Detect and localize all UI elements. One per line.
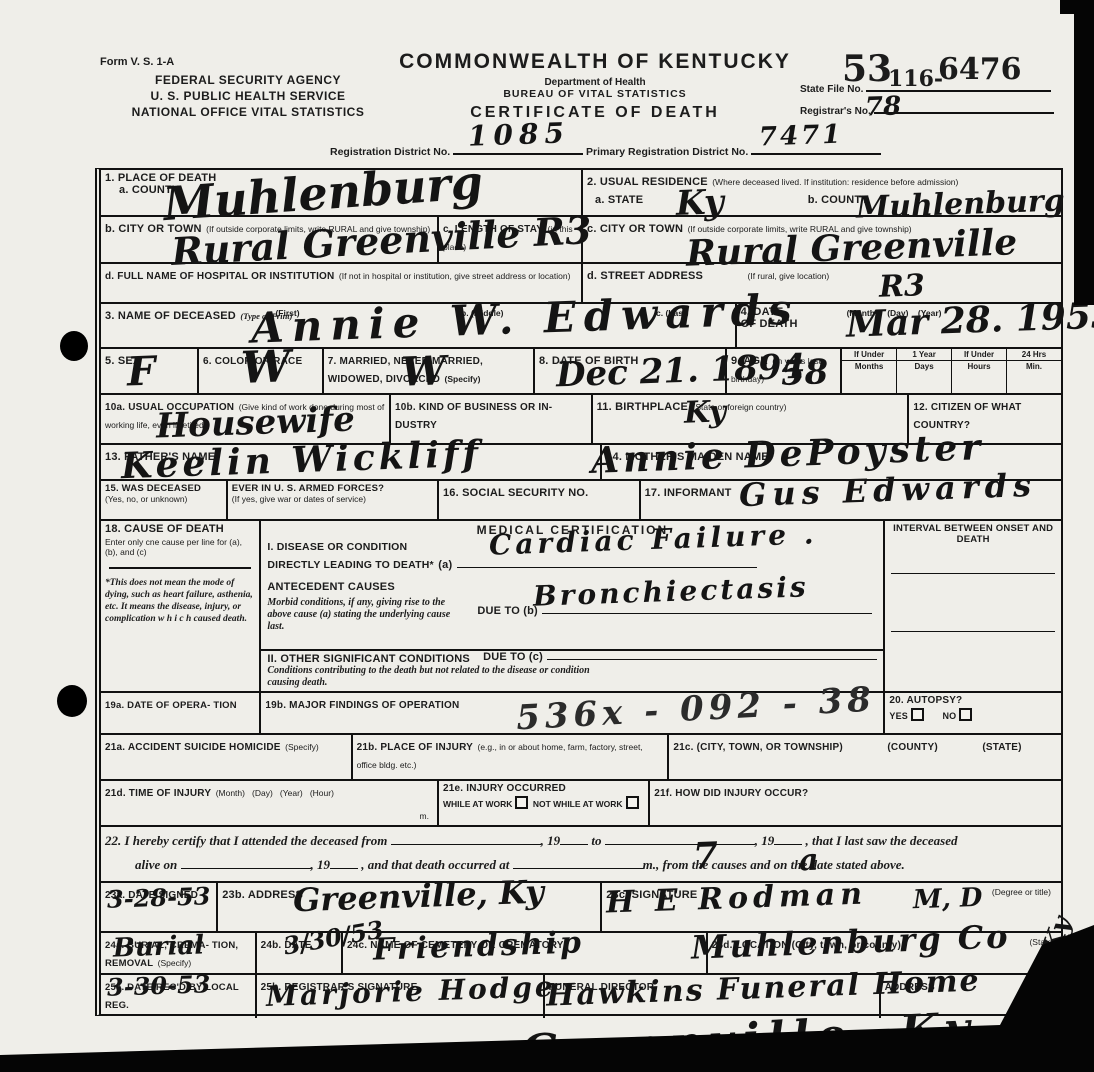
disease-line-1: I. DISEASE OR CONDITION: [267, 541, 407, 553]
burial-date-label: 24b. DATE: [261, 940, 312, 951]
funeral-director-label: FUNERAL DIRECTOR: [549, 982, 655, 993]
autopsy-yes-label: YES: [889, 711, 908, 721]
birthplace-note: (State or foreign country): [692, 402, 786, 412]
marital-note: (Specify): [445, 374, 481, 384]
other-conditions-note: Conditions contributing to the death but…: [267, 665, 597, 689]
agency-line-1: FEDERAL SECURITY AGENCY: [103, 72, 393, 88]
registrar-signature-label: 25b. REGISTRAR'S SIGNATURE: [261, 982, 418, 993]
autopsy-no-checkbox: [959, 708, 972, 721]
informant-label: 17. INFORMANT: [645, 487, 732, 499]
forces-label-2: EVER IN U. S. ARMED FORCES?: [232, 483, 433, 494]
antecedent-title: ANTECEDENT CAUSES: [267, 581, 877, 593]
time-of-injury-cols: (Month) (Day) (Year) (Hour): [216, 788, 334, 798]
burial-note: (Specify): [158, 958, 192, 968]
grid-if-under-2: If Under: [952, 349, 1006, 361]
dod-columns: (Month) (Day) (Year): [847, 308, 942, 318]
residence-city-label: c. CITY OR TOWN: [587, 223, 683, 235]
certify-no: 22.: [105, 833, 121, 848]
mother-label: 14. MOTHER'S MAIDEN NAME: [606, 451, 769, 463]
degree-label: (Degree or title): [992, 887, 1051, 897]
operation-date-label: 19a. DATE OF OPERA- TION: [105, 700, 237, 711]
occupation-label: 10a. USUAL OCCUPATION: [105, 402, 234, 413]
accident-label: 21a. ACCIDENT SUICIDE HOMICIDE: [105, 742, 281, 753]
primary-district-value: 7471: [759, 122, 844, 151]
age-under-grid: If UnderMonths 1 YearDays If UnderHours …: [842, 349, 1061, 393]
residence-title: 2. USUAL RESIDENCE: [587, 176, 708, 188]
cause-footnote: *This does not mean the mode of dying, s…: [105, 577, 255, 625]
reg-district-value: 1085: [468, 119, 571, 151]
place-city-label: b. CITY OR TOWN: [105, 223, 202, 235]
date-signed-label: 23a. DATE SIGNED: [105, 890, 198, 901]
row-signed: 23a. DATE SIGNED 23b. ADDRESS 23c. SIGNA…: [101, 881, 1061, 931]
date-recd-label: 25a. DATE REC'D BY LOCAL REG.: [105, 982, 239, 1011]
grid-if-under-1: If Under: [842, 349, 896, 361]
injury-occurred-label: 21e. INJURY OCCURRED: [443, 783, 644, 794]
disease-a: (a): [438, 559, 452, 571]
row-forces-informant: 15. WAS DECEASED (Yes, no, or unknown) E…: [101, 479, 1061, 519]
row-place-residence: 1. PLACE OF DEATH a. COUNTY b. CITY OR T…: [101, 170, 1061, 302]
name-last-label: c. (Last): [656, 308, 689, 318]
birthplace-label: 11. BIRTHPLACE: [597, 401, 688, 413]
burial-location-label: 24d. LOCATION (City, town, or county): [712, 940, 901, 951]
due-to-c-label: DUE TO (c): [483, 651, 543, 663]
not-while-at-work-checkbox: [626, 796, 639, 809]
autopsy-no-label: NO: [942, 711, 956, 721]
race-label: 6. COLOR OR RACE: [203, 356, 302, 367]
place-of-injury-label: 21b. PLACE OF INJURY: [357, 742, 473, 753]
autopsy-label: 20. AUTOPSY?: [889, 695, 1057, 706]
certify-p2: , 19: [541, 833, 561, 848]
name-first-label: a. (First): [266, 308, 300, 318]
row-injury-1: 21a. ACCIDENT SUICIDE HOMICIDE (Specify)…: [101, 733, 1061, 779]
grid-1-year: 1 Year: [897, 349, 951, 361]
form-number: Form V. S. 1-A: [100, 56, 174, 68]
street-address-label: d. STREET ADDRESS: [587, 270, 703, 282]
row-injury-2: 21d. TIME OF INJURY (Month) (Day) (Year)…: [101, 779, 1061, 825]
cause-label: 18. CAUSE OF DEATH: [105, 523, 255, 535]
dept-of-health: Department of Health: [395, 77, 795, 88]
row-certify: 22. I hereby certify that I attended the…: [101, 825, 1061, 881]
certify-p3: to: [591, 833, 601, 848]
dob-label: 8. DATE OF BIRTH: [539, 355, 639, 367]
certify-p1: I hereby certify that I attended the dec…: [125, 833, 388, 848]
dod-label: 4. DATE OF DEATH: [741, 306, 799, 330]
grid-days: Days: [897, 361, 951, 372]
agency-line-2: U. S. PUBLIC HEALTH SERVICE: [103, 88, 393, 104]
interval-label: INTERVAL BETWEEN ONSET AND DEATH: [889, 523, 1057, 545]
morbid-note: Morbid conditions, if any, giving rise t…: [267, 597, 467, 633]
state-file-row: State File No.: [800, 80, 1065, 95]
forces-note-1: (Yes, no, or unknown): [105, 494, 222, 504]
punch-hole-bottom: [57, 685, 87, 717]
address-23b-label: 23b. ADDRESS: [222, 889, 303, 901]
certify-p5: , that I last saw the deceased: [805, 833, 957, 848]
hospital-note: (If not in hospital or institution, give…: [339, 271, 571, 281]
agency-line-3: NATIONAL OFFICE VITAL STATISTICS: [103, 104, 393, 120]
father-label: 13. FATHER'S NAME: [105, 451, 215, 463]
name-middle-label: b. (Middle): [461, 308, 504, 318]
interval-col: INTERVAL BETWEEN ONSET AND DEATH: [883, 521, 1061, 691]
certify-p7: , 19: [311, 857, 331, 872]
row-received: 25a. DATE REC'D BY LOCAL REG. 25b. REGIS…: [101, 973, 1061, 1018]
certify-p4: , 19: [755, 833, 775, 848]
disease-line-2: DIRECTLY LEADING TO DEATH*: [267, 559, 433, 571]
row-parents: 13. FATHER'S NAME 14. MOTHER'S MAIDEN NA…: [101, 443, 1061, 479]
residence-city-note: (If outside corporate limits, write RURA…: [688, 224, 912, 234]
scan-edge-artifact: [1074, 0, 1094, 305]
certify-p8: , and that death occurred at: [361, 857, 509, 872]
row-sex-age: 5. SEX 6. COLOR OR RACE 7. MARRIED, NEVE…: [101, 347, 1061, 393]
length-of-stay-label: c. LENGTH OF STAY: [443, 224, 543, 235]
certify-p10: from the causes and on the date stated a…: [662, 857, 904, 872]
grid-24-hrs: 24 Hrs: [1007, 349, 1061, 361]
medical-cert-title: MEDICAL CERTIFICATION: [267, 523, 877, 537]
cause-note: Enter only cne cause per line for (a), (…: [105, 537, 255, 557]
medical-cert-col: MEDICAL CERTIFICATION I. DISEASE OR COND…: [259, 521, 883, 691]
certificate-table: 1. PLACE OF DEATH a. COUNTY b. CITY OR T…: [95, 168, 1063, 1016]
forces-note-2: (If yes, give war or dates of service): [232, 494, 433, 504]
forces-label-1: 15. WAS DECEASED: [105, 483, 222, 494]
commonwealth-title: COMMONWEALTH OF KENTUCKY: [395, 50, 795, 74]
row-operation: 19a. DATE OF OPERA- TION 19b. MAJOR FIND…: [101, 691, 1061, 733]
cause-left-col: 18. CAUSE OF DEATH Enter only cne cause …: [101, 521, 259, 691]
place-title: 1. PLACE OF DEATH: [105, 172, 577, 184]
operation-findings-label: 19b. MAJOR FINDINGS OF OPERATION: [265, 700, 459, 711]
row-occupation: 10a. USUAL OCCUPATION (Give kind of work…: [101, 393, 1061, 443]
while-at-work-label: WHILE AT WORK: [443, 799, 512, 809]
residence-county-label: b. COUNTY: [808, 194, 869, 206]
registrar-number: 78: [865, 93, 902, 120]
row-cause-of-death: 18. CAUSE OF DEATH Enter only cne cause …: [101, 519, 1061, 691]
primary-district-label: Primary Registration District No.: [586, 146, 748, 158]
place-county-label: a. COUNTY: [119, 184, 577, 196]
sex-label: 5. SEX: [105, 355, 140, 367]
place-of-death-section: 1. PLACE OF DEATH a. COUNTY b. CITY OR T…: [101, 170, 581, 302]
certificate-title: CERTIFICATE OF DEATH: [395, 104, 795, 122]
cemetery-label: 24c. NAME OF CEMETERY OR CREMATORY: [347, 940, 564, 951]
registrar-row: Registrar's No. 78: [800, 102, 1065, 117]
injury-state-label: (STATE): [982, 742, 1021, 753]
name-label: 3. NAME OF DECEASED: [105, 310, 236, 322]
industry-label: 10b. KIND OF BUSINESS OR IN- DUSTRY: [395, 402, 552, 431]
injury-city-label: 21c. (CITY, TOWN, OR TOWNSHIP): [673, 742, 843, 753]
reg-district-label: Registration District No.: [330, 146, 450, 158]
punch-hole-top: [60, 331, 88, 361]
district-line: Registration District No. 1085 Primary R…: [330, 143, 881, 158]
place-city-note: (If outside corporate limits, write RURA…: [206, 224, 430, 234]
how-injury-label: 21f. HOW DID INJURY OCCUR?: [654, 788, 808, 799]
accident-note: (Specify): [285, 742, 319, 752]
residence-title-note: (Where deceased lived. If institution: r…: [712, 177, 958, 187]
signature-label: 23c. SIGNATURE: [606, 889, 697, 901]
age-label: 9. AGE: [731, 355, 768, 367]
while-at-work-checkbox: [515, 796, 528, 809]
certify-p9: m.,: [643, 857, 660, 872]
citizen-label: 12. CITIZEN OF WHAT COUNTRY?: [913, 402, 1021, 431]
grid-months: Months: [842, 361, 896, 372]
residence-state-label: a. STATE: [595, 194, 643, 206]
registrar-label: Registrar's No.: [800, 106, 871, 117]
grid-hours: Hours: [952, 361, 1006, 372]
state-file-label: State File No.: [800, 84, 863, 95]
hospital-label: d. FULL NAME OF HOSPITAL OR INSTITUTION: [105, 271, 334, 282]
autopsy-yes-checkbox: [911, 708, 924, 721]
death-certificate-scan: Form V. S. 1-A FEDERAL SECURITY AGENCY U…: [0, 0, 1094, 1072]
bureau-line: BUREAU OF VITAL STATISTICS: [395, 88, 795, 100]
certify-p6: alive on: [135, 857, 177, 872]
ssn-label: 16. SOCIAL SECURITY NO.: [443, 487, 588, 499]
usual-residence-section: 2. USUAL RESIDENCE (Where deceased lived…: [581, 170, 1061, 302]
not-while-at-work-label: NOT WHILE AT WORK: [533, 799, 623, 809]
grid-min: Min.: [1007, 361, 1061, 372]
injury-county-label: (COUNTY): [887, 742, 937, 753]
row-burial: 24a. BURIAL, CREMA- TION, REMOVAL (Speci…: [101, 931, 1061, 973]
row-name-dod: 3. NAME OF DECEASED (Type or Print) a. (…: [101, 302, 1061, 347]
time-of-injury-label: 21d. TIME OF INJURY: [105, 788, 211, 799]
funeral-address-label: ADDRESS: [885, 982, 935, 993]
agency-block: FEDERAL SECURITY AGENCY U. S. PUBLIC HEA…: [103, 72, 393, 120]
due-to-b-label: DUE TO (b): [477, 605, 537, 617]
time-of-injury-m: m.: [420, 811, 429, 821]
street-address-note: (If rural, give location): [748, 271, 830, 281]
title-block: COMMONWEALTH OF KENTUCKY Department of H…: [395, 50, 795, 122]
